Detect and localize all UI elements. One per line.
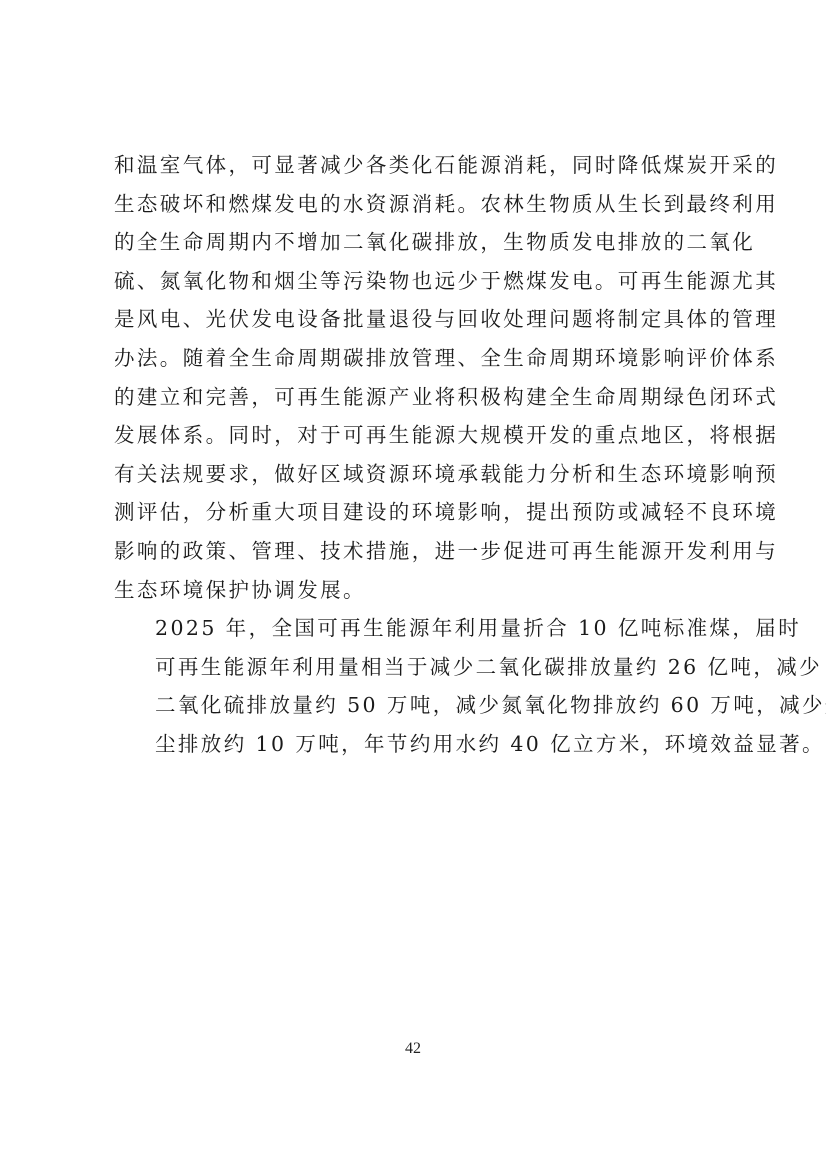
text-line: 办法。随着全生命周期碳排放管理、全生命周期环境影响评价体系 — [114, 339, 714, 378]
text-line: 可再生能源年利用量相当于减少二氧化碳排放量约 26 亿吨，减少 — [114, 648, 714, 687]
text-line: 生态环境保护协调发展。 — [114, 571, 714, 610]
text-line: 和温室气体，可显著减少各类化石能源消耗，同时降低煤炭开采的 — [114, 146, 714, 185]
text-line: 硫、氮氧化物和烟尘等污染物也远少于燃煤发电。可再生能源尤其 — [114, 262, 714, 301]
text-line: 是风电、光伏发电设备批量退役与回收处理问题将制定具体的管理 — [114, 300, 714, 339]
text-line: 有关法规要求，做好区域资源环境承载能力分析和生态环境影响预 — [114, 455, 714, 494]
paragraph-environmental-management: 和温室气体，可显著减少各类化石能源消耗，同时降低煤炭开采的 生态破坏和燃煤发电的… — [114, 146, 714, 609]
text-line: 影响的政策、管理、技术措施，进一步促进可再生能源开发利用与 — [114, 532, 714, 571]
page-number: 42 — [0, 1040, 826, 1058]
document-body: 和温室气体，可显著减少各类化石能源消耗，同时降低煤炭开采的 生态破坏和燃煤发电的… — [114, 146, 714, 764]
text-line: 生态破坏和燃煤发电的水资源消耗。农林生物质从生长到最终利用 — [114, 185, 714, 224]
paragraph-2025-benefits: 2025 年，全国可再生能源年利用量折合 10 亿吨标准煤，届时 可再生能源年利… — [114, 609, 714, 763]
text-line: 尘排放约 10 万吨，年节约用水约 40 亿立方米，环境效益显著。 — [114, 725, 714, 764]
text-line: 的全生命周期内不增加二氧化碳排放，生物质发电排放的二氧化 — [114, 223, 714, 262]
text-line: 发展体系。同时，对于可再生能源大规模开发的重点地区，将根据 — [114, 416, 714, 455]
text-line: 2025 年，全国可再生能源年利用量折合 10 亿吨标准煤，届时 — [114, 609, 714, 648]
text-line: 测评估，分析重大项目建设的环境影响，提出预防或减轻不良环境 — [114, 493, 714, 532]
text-line: 的建立和完善，可再生能源产业将积极构建全生命周期绿色闭环式 — [114, 378, 714, 417]
text-line: 二氧化硫排放量约 50 万吨，减少氮氧化物排放约 60 万吨，减少烟 — [114, 686, 714, 725]
